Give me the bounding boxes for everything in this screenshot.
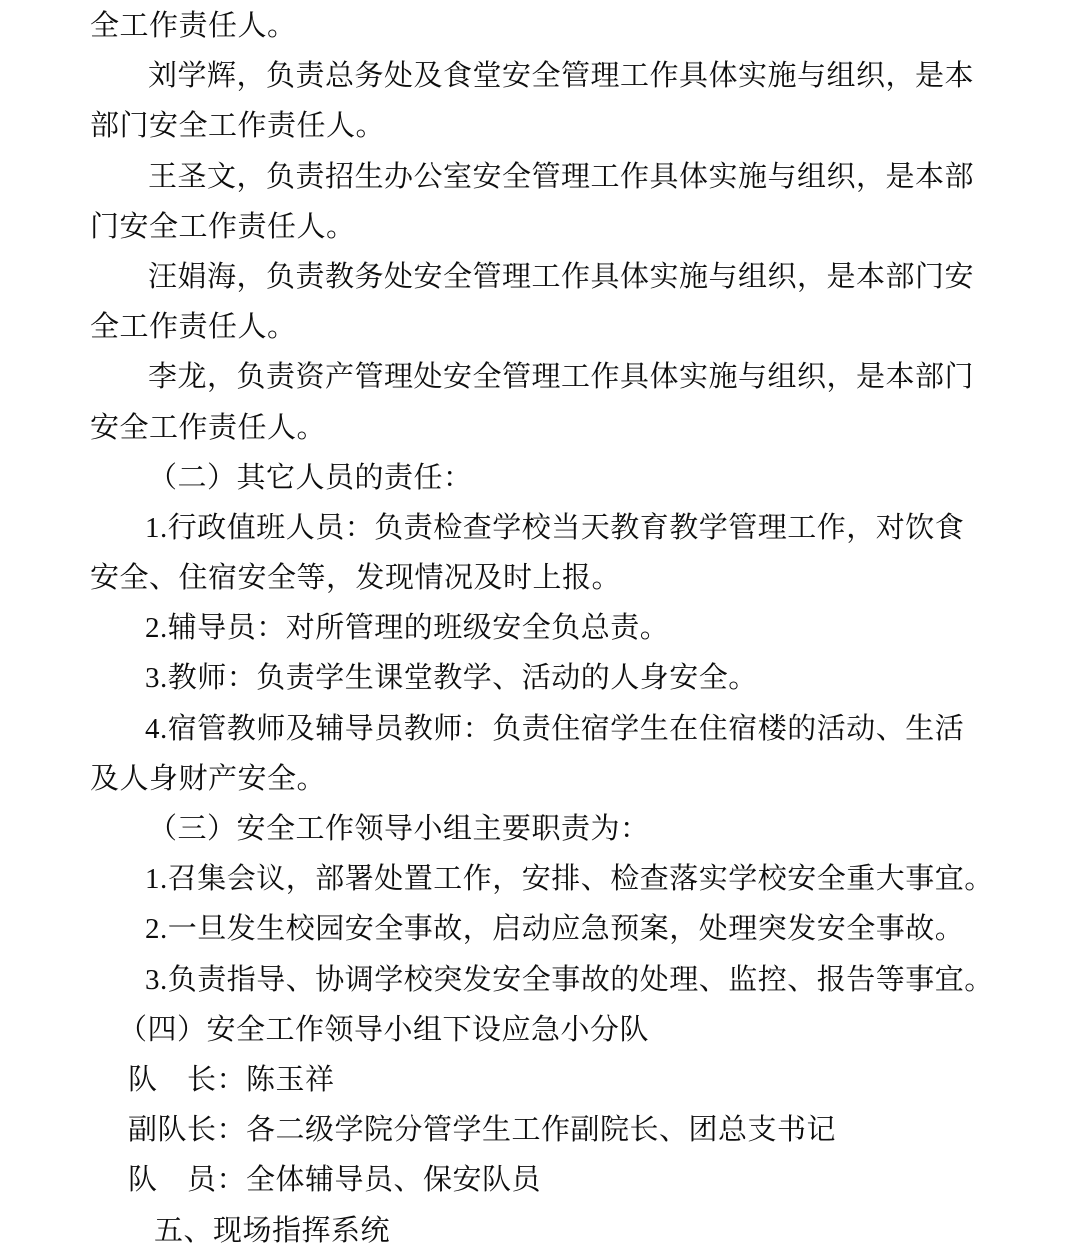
text-line: 1.行政值班人员：负责检查学校当天教育教学管理工作，对饮食 <box>90 503 978 553</box>
text-line: 及人身财产安全。 <box>90 754 978 804</box>
text-line: 4.宿管教师及辅导员教师：负责住宿学生在住宿楼的活动、生活 <box>90 704 978 754</box>
text-line: 刘学辉，负责总务处及食堂安全管理工作具体实施与组织，是本 <box>90 51 978 101</box>
text-line: 汪娟海，负责教务处安全管理工作具体实施与组织，是本部门安 <box>90 252 978 302</box>
text-line: 门安全工作责任人。 <box>90 202 978 252</box>
document-page: 全工作责任人。刘学辉，负责总务处及食堂安全管理工作具体实施与组织，是本部门安全工… <box>0 0 1066 1258</box>
text-line: 队 长：陈玉祥 <box>90 1055 978 1105</box>
document-body: 全工作责任人。刘学辉，负责总务处及食堂安全管理工作具体实施与组织，是本部门安全工… <box>0 0 1066 1256</box>
text-line: 2.一旦发生校园安全事故，启动应急预案，处理突发安全事故。 <box>90 904 978 954</box>
text-line: 王圣文，负责招生办公室安全管理工作具体实施与组织，是本部 <box>90 152 978 202</box>
text-line: 部门安全工作责任人。 <box>90 101 978 151</box>
text-line: 安全工作责任人。 <box>90 403 978 453</box>
text-line: 安全、住宿安全等，发现情况及时上报。 <box>90 553 978 603</box>
text-line: 2.辅导员：对所管理的班级安全负总责。 <box>90 603 978 653</box>
text-line: 五、现场指挥系统 <box>90 1206 978 1256</box>
text-line: 全工作责任人。 <box>90 1 978 51</box>
text-line: 李龙，负责资产管理处安全管理工作具体实施与组织，是本部门 <box>90 352 978 402</box>
text-line: 3.负责指导、协调学校突发安全事故的处理、监控、报告等事宜。 <box>90 955 978 1005</box>
text-line: （四）安全工作领导小组下设应急小分队 <box>90 1005 978 1055</box>
text-line: 1.召集会议，部署处置工作，安排、检查落实学校安全重大事宜。 <box>90 854 978 904</box>
text-line: 副队长：各二级学院分管学生工作副院长、团总支书记 <box>90 1105 978 1155</box>
text-line: 队 员：全体辅导员、保安队员 <box>90 1155 978 1205</box>
text-line: 全工作责任人。 <box>90 302 978 352</box>
text-line: 3.教师：负责学生课堂教学、活动的人身安全。 <box>90 653 978 703</box>
text-line: （三）安全工作领导小组主要职责为： <box>90 804 978 854</box>
text-line: （二）其它人员的责任： <box>90 453 978 503</box>
